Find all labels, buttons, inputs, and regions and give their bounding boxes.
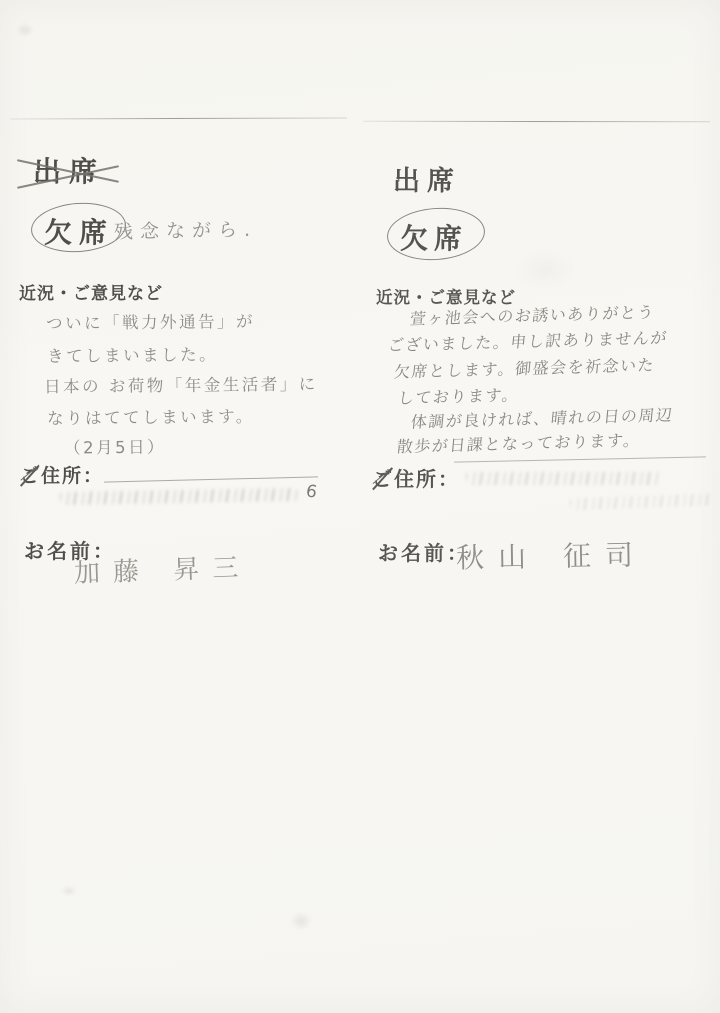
comment-line: 欠席とします。御盛会を祈念いた <box>393 352 656 382</box>
address-scrawl-illegible <box>60 488 298 505</box>
slip-cut-edge <box>10 118 347 120</box>
scanned-page: 出席 欠席 残念ながら. 近況・ご意見など ついに「戦力外通告」が きてしまいま… <box>0 0 720 1013</box>
name-signature: 秋山 征司 <box>456 533 648 576</box>
address-line <box>104 476 318 482</box>
address-label-text: 住所： <box>394 467 460 491</box>
address-honorific-struck: ご <box>20 461 41 488</box>
comment-line: しております。 <box>397 382 520 408</box>
paper-smudge <box>286 908 316 934</box>
comment-line: （2月5日） <box>64 433 166 458</box>
comment-line: 日本の お荷物「年金生活者」に <box>44 371 318 398</box>
paper-smudge <box>58 884 80 898</box>
reply-slip-left: 出席 欠席 残念ながら. 近況・ご意見など ついに「戦力外通告」が きてしまいま… <box>8 118 348 638</box>
pencil-smudge <box>12 20 38 40</box>
comment-line: きてしまいました。 <box>47 341 218 367</box>
comment-line: なりはててしまいます。 <box>47 403 255 429</box>
address-label-text: 住所： <box>41 465 104 487</box>
absence-note: 残念ながら. <box>114 215 257 244</box>
address-scrawl-illegible <box>570 494 712 511</box>
comment-line: ございました。申し訳ありませんが <box>387 325 669 356</box>
slip-cut-edge <box>363 121 710 123</box>
reply-slip-right: 出席 欠席 近況・ご意見など 萱ヶ池会へのお誘いありがとう ございました。申し訳… <box>362 121 714 641</box>
attendance-label: 出席 <box>393 159 461 198</box>
comments-heading: 近況・ご意見など <box>19 279 163 304</box>
address-label: ご住所： <box>372 463 460 492</box>
address-scrawl-illegible <box>466 472 662 485</box>
comment-underline <box>454 456 706 462</box>
address-label: ご住所： <box>20 461 104 488</box>
name-signature: 加藤 昇三 <box>73 547 251 590</box>
comment-line: ついに「戦力外通告」が <box>46 308 255 334</box>
address-honorific-struck: ご <box>372 463 394 492</box>
address-digit: 6 <box>304 481 318 503</box>
